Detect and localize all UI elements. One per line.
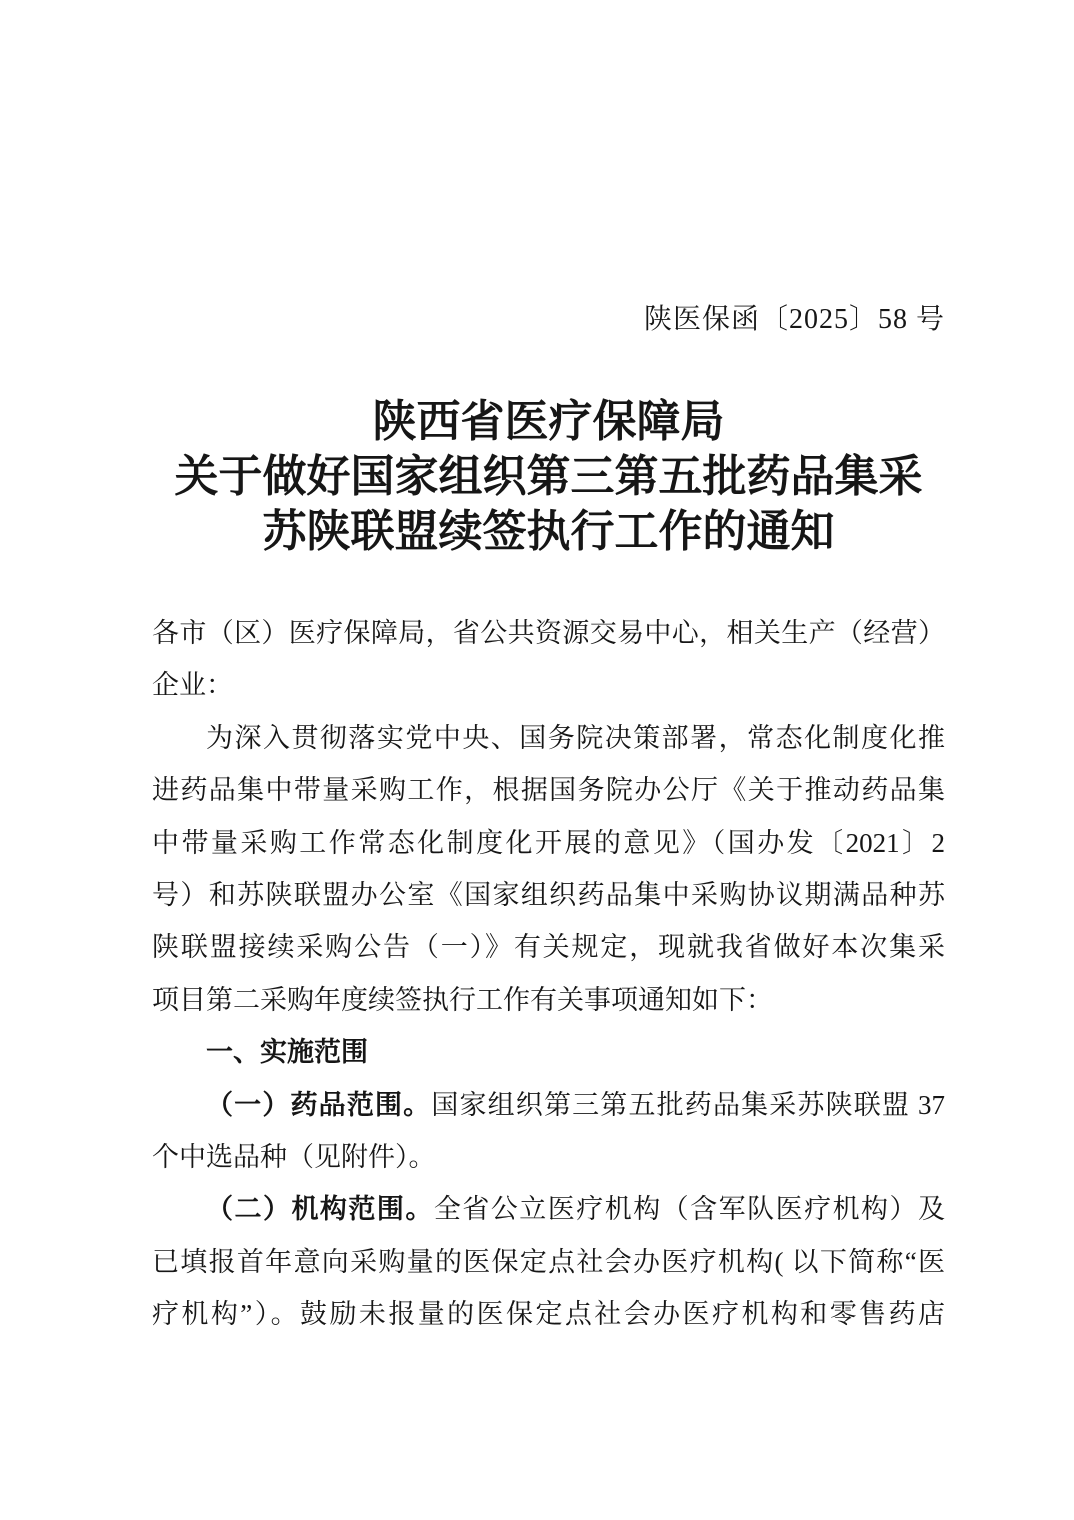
item-drug-scope-line-2: 个中选品种（见附件）。 (152, 1131, 945, 1183)
document-content: 陕医保函〔2025〕58 号 陕西省医疗保障局 关于做好国家组织第三第五批药品集… (0, 302, 1074, 1341)
intro-paragraph-line-5: 陕联盟接续采购公告（一）》有关规定，现就我省做好本次集采 (152, 921, 945, 973)
item-drug-scope-label: （一）药品范围。 (206, 1090, 431, 1120)
document-body: 各市（区）医疗保障局，省公共资源交易中心，相关生产（经营） 企业： 为深入贯彻落… (152, 607, 945, 1341)
intro-paragraph-line-3: 中带量采购工作常态化制度化开展的意见》（国办发〔2021〕2 (152, 817, 945, 869)
title-line-1: 陕西省医疗保障局 (152, 394, 945, 449)
item-drug-scope-text: 国家组织第三第五批药品集采苏陕联盟 37 (431, 1090, 945, 1120)
item-institution-scope-line-3: 疗机构”）。鼓励未报量的医保定点社会办医疗机构和零售药店 (152, 1288, 945, 1340)
intro-paragraph-line-2: 进药品集中带量采购工作，根据国务院办公厅《关于推动药品集 (152, 764, 945, 816)
title-line-3: 苏陕联盟续签执行工作的通知 (152, 504, 945, 559)
intro-paragraph-line-4: 号）和苏陕联盟办公室《国家组织药品集中采购协议期满品种苏 (152, 869, 945, 921)
salutation-line-1: 各市（区）医疗保障局，省公共资源交易中心，相关生产（经营） (152, 607, 945, 659)
document-title: 陕西省医疗保障局 关于做好国家组织第三第五批药品集采 苏陕联盟续签执行工作的通知 (152, 394, 945, 559)
item-institution-scope-line-1: （二）机构范围。全省公立医疗机构（含军队医疗机构）及 (152, 1183, 945, 1235)
intro-paragraph-line-1: 为深入贯彻落实党中央、国务院决策部署，常态化制度化推 (152, 712, 945, 764)
salutation-line-2: 企业： (152, 659, 945, 711)
item-drug-scope-line-1: （一）药品范围。国家组织第三第五批药品集采苏陕联盟 37 (152, 1079, 945, 1131)
doc-number: 陕医保函〔2025〕58 号 (152, 302, 945, 338)
title-line-2: 关于做好国家组织第三第五批药品集采 (152, 449, 945, 504)
item-institution-scope-line-2: 已填报首年意向采购量的医保定点社会办医疗机构( 以下简称“医 (152, 1236, 945, 1288)
item-institution-scope-label: （二）机构范围。 (206, 1194, 434, 1224)
document-page: 陕医保函〔2025〕58 号 陕西省医疗保障局 关于做好国家组织第三第五批药品集… (0, 0, 1074, 1520)
section-heading-implementation-scope: 一、实施范围 (152, 1026, 945, 1078)
intro-paragraph-line-6: 项目第二采购年度续签执行工作有关事项通知如下： (152, 974, 945, 1026)
item-institution-scope-text: 全省公立医疗机构（含军队医疗机构）及 (434, 1194, 945, 1224)
